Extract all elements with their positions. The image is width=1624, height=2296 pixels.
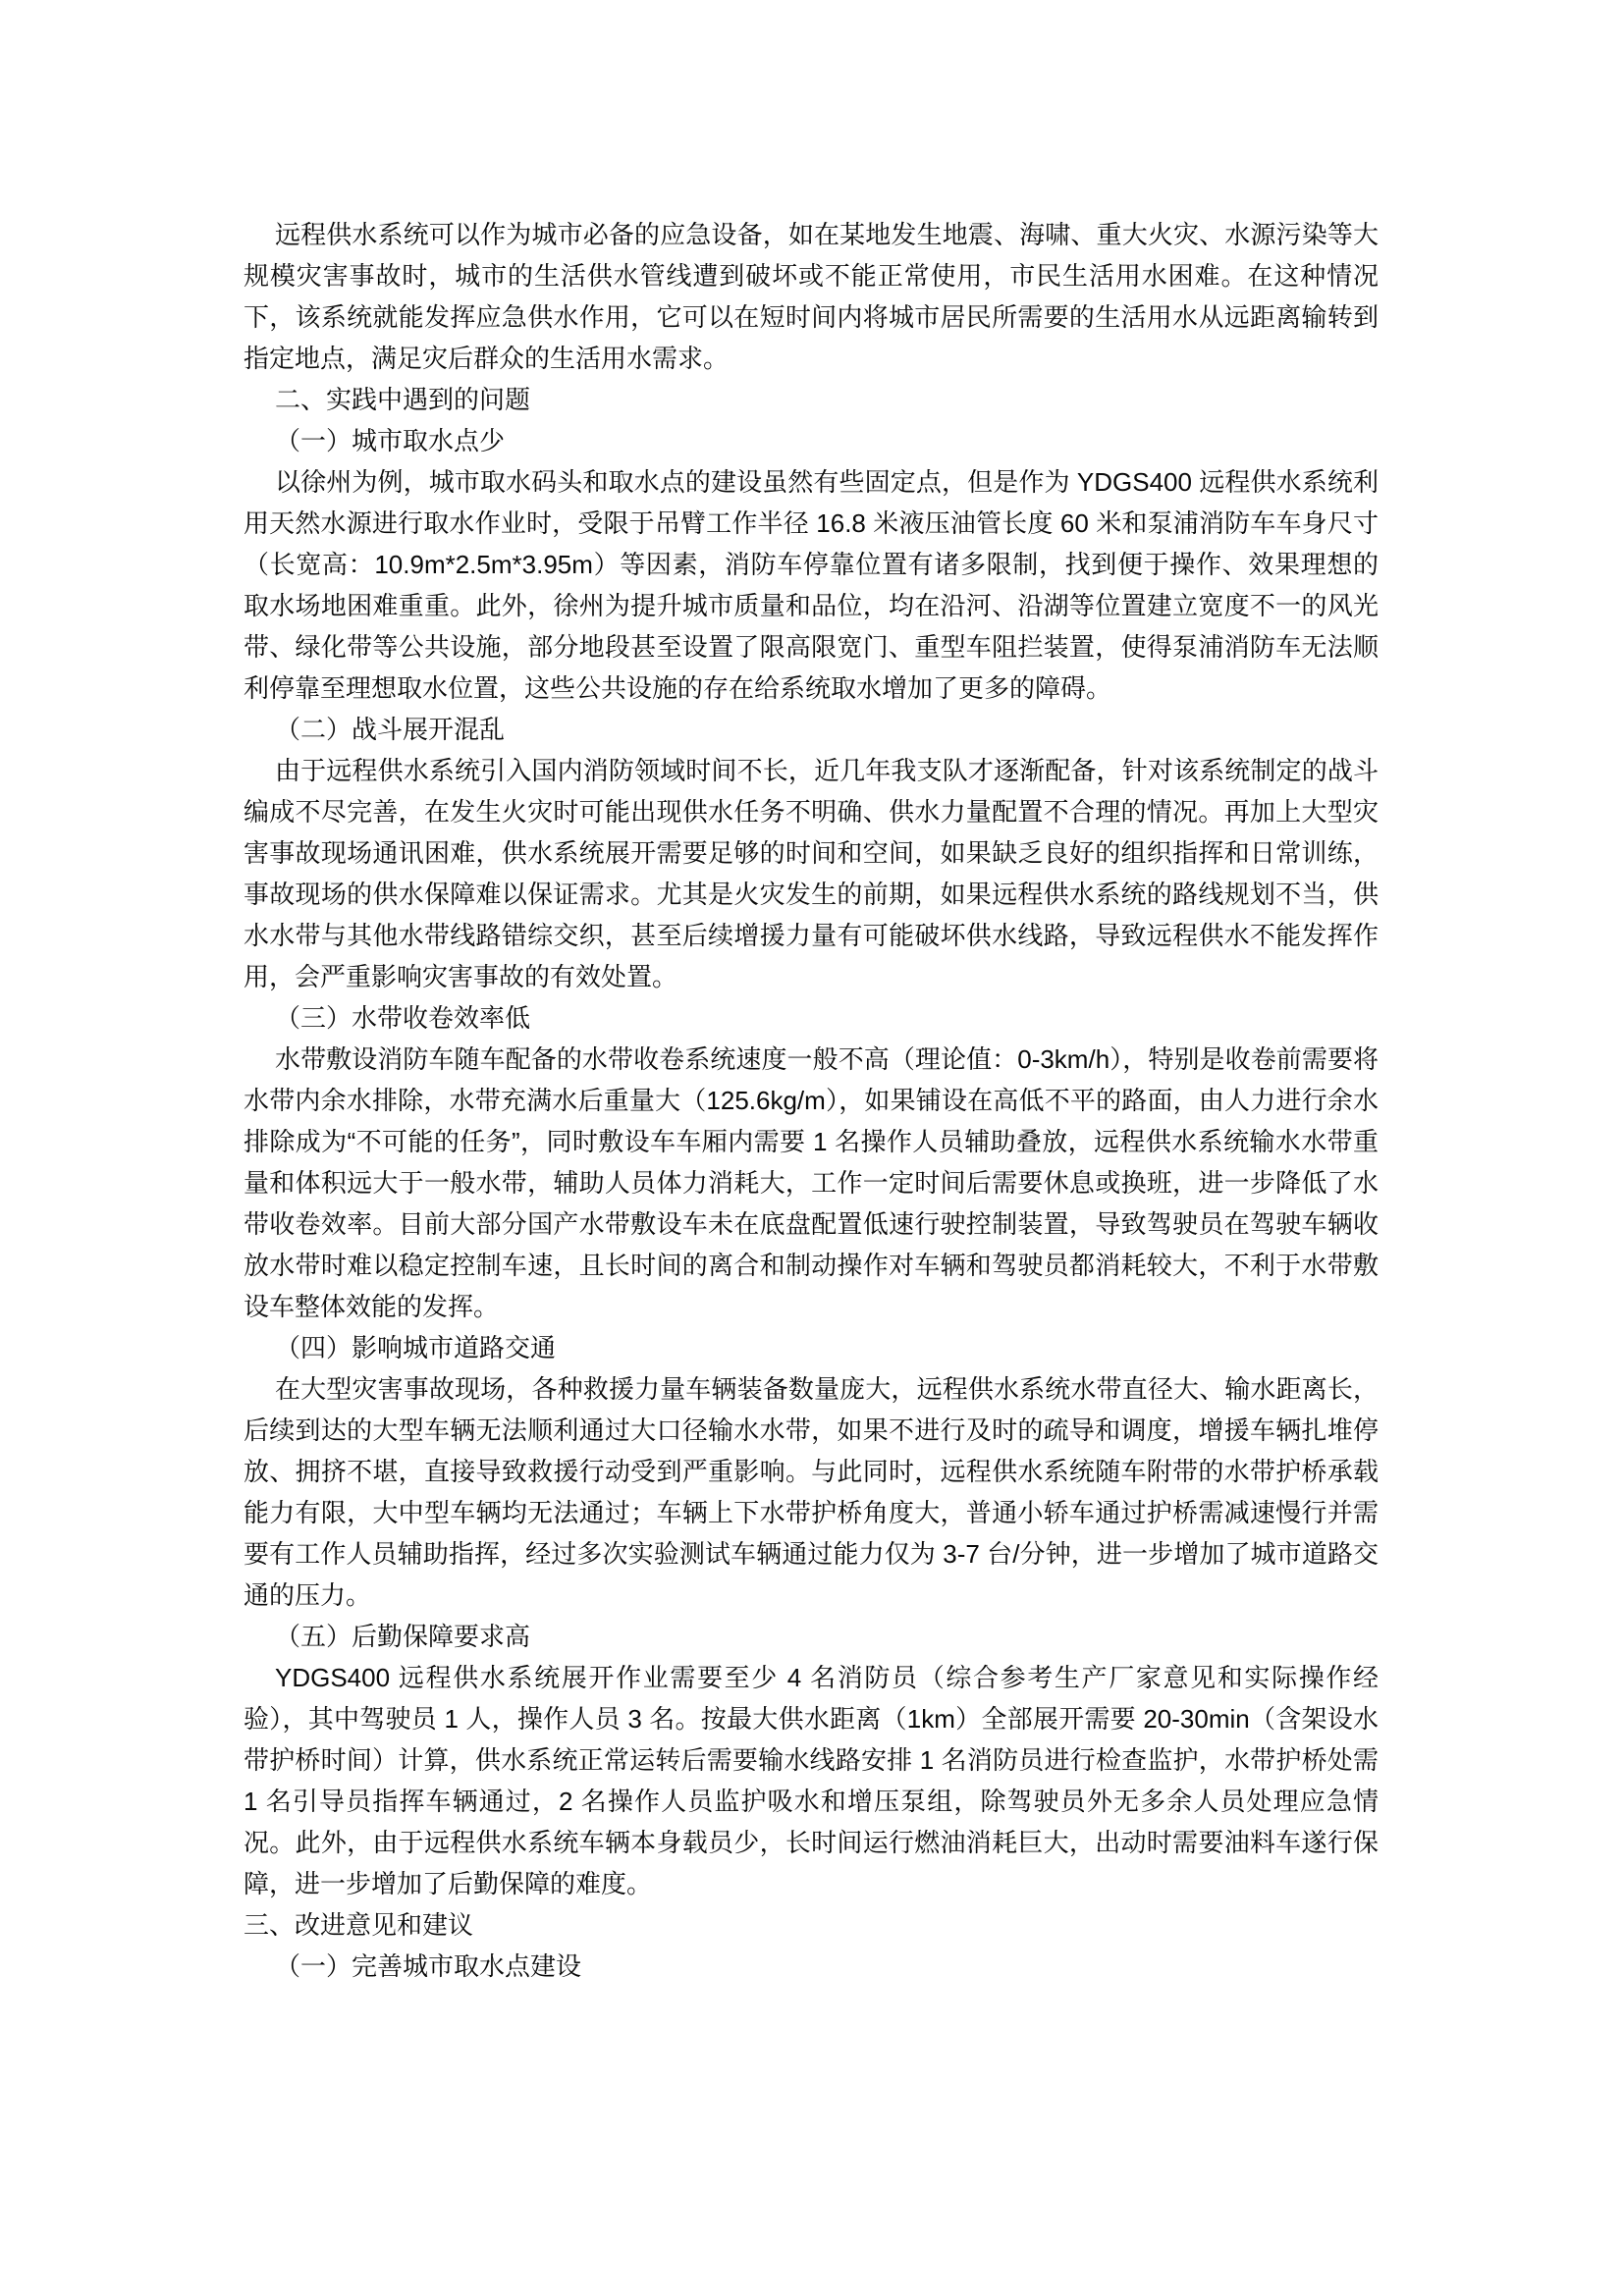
body-paragraph: 远程供水系统可以作为城市必备的应急设备，如在某地发生地震、海啸、重大火灾、水源污… — [244, 214, 1379, 379]
section-heading: （二）战斗展开混乱 — [244, 709, 1379, 750]
section-heading: （一）完善城市取水点建设 — [244, 1946, 1379, 1987]
body-paragraph: 由于远程供水系统引入国内消防领域时间不长，近几年我支队才逐渐配备，针对该系统制定… — [244, 750, 1379, 997]
document-body: 远程供水系统可以作为城市必备的应急设备，如在某地发生地震、海啸、重大火灾、水源污… — [244, 214, 1379, 1987]
body-paragraph: 以徐州为例，城市取水码头和取水点的建设虽然有些固定点，但是作为 YDGS400 … — [244, 461, 1379, 709]
section-heading: （四）影响城市道路交通 — [244, 1327, 1379, 1368]
chapter-heading: 二、实践中遇到的问题 — [244, 379, 1379, 420]
body-paragraph: 在大型灾害事故现场，各种救援力量车辆装备数量庞大，远程供水系统水带直径大、输水距… — [244, 1368, 1379, 1616]
body-paragraph: YDGS400 远程供水系统展开作业需要至少 4 名消防员（综合参考生产厂家意见… — [244, 1657, 1379, 1904]
chapter-heading: 三、改进意见和建议 — [244, 1904, 1379, 1946]
section-heading: （一）城市取水点少 — [244, 420, 1379, 461]
document-page: 远程供水系统可以作为城市必备的应急设备，如在某地发生地震、海啸、重大火灾、水源污… — [0, 0, 1624, 2296]
body-paragraph: 水带敷设消防车随车配备的水带收卷系统速度一般不高（理论值：0-3km/h），特别… — [244, 1039, 1379, 1327]
section-heading: （三）水带收卷效率低 — [244, 997, 1379, 1039]
section-heading: （五）后勤保障要求高 — [244, 1616, 1379, 1657]
